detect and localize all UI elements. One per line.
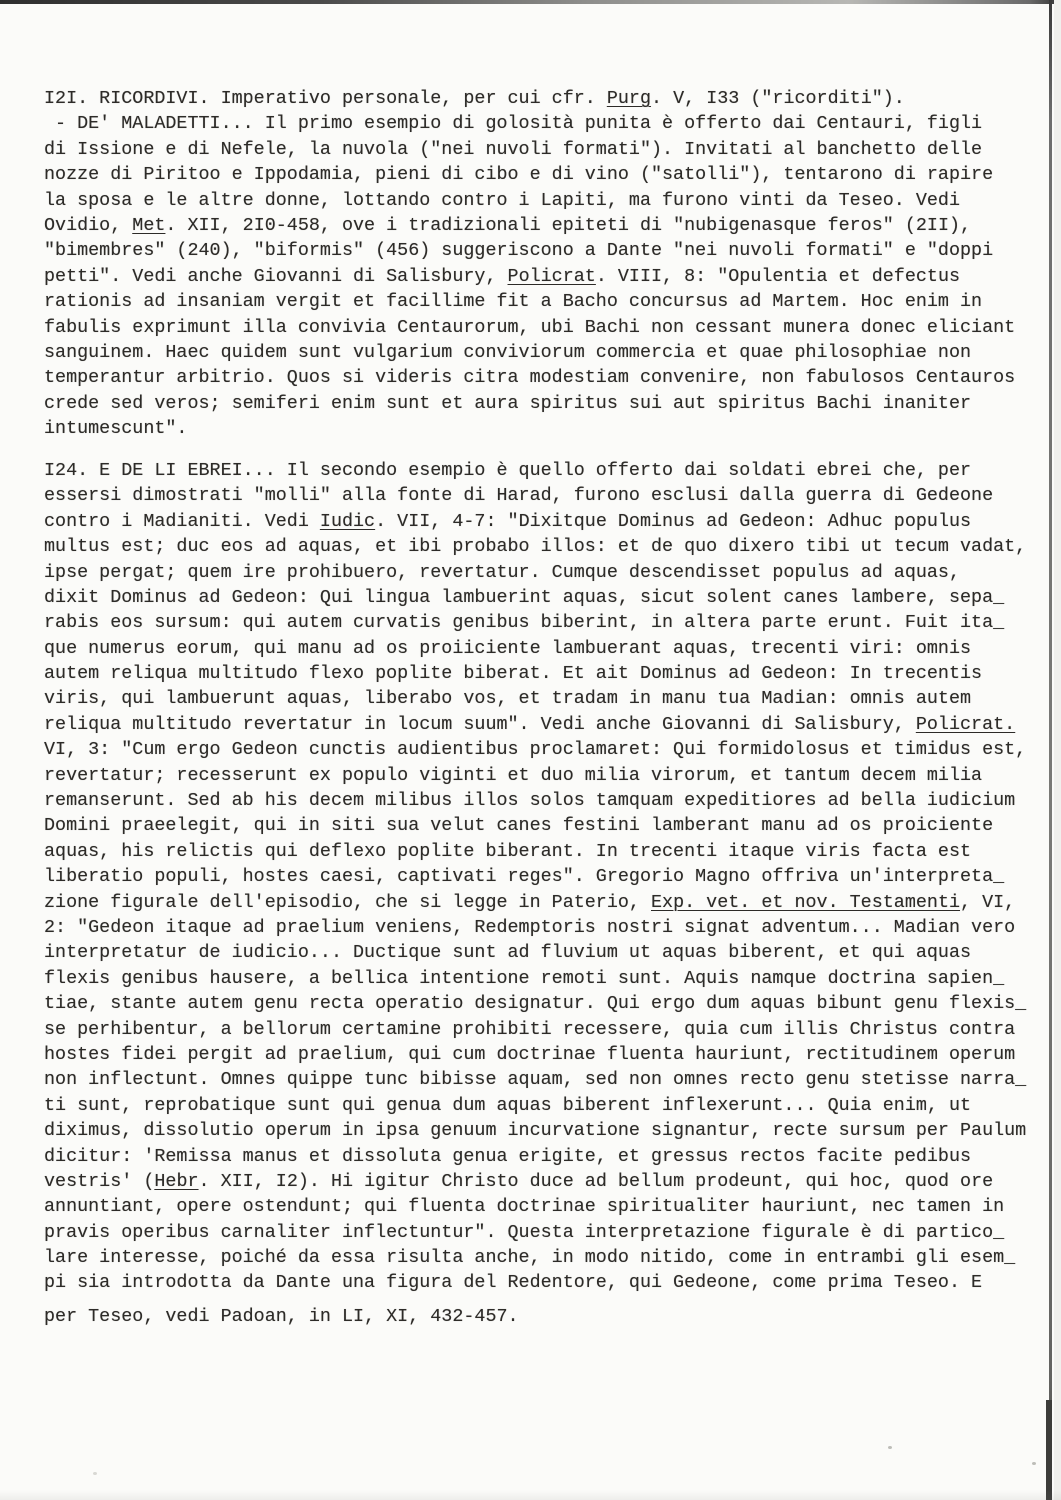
scan-right-margin-band: [1054, 0, 1061, 1500]
text-segment: . VII, 4-7: "Dixitque Dominus ad Gedeon:…: [375, 511, 971, 532]
text-segment: revertatur; recesserunt ex populo vigint…: [44, 765, 982, 786]
text-segment: intumescunt".: [44, 418, 187, 439]
text-segment: se perhibentur, a bellorum certamine pro…: [44, 1019, 1015, 1040]
text-segment: ti sunt, reprobatique sunt qui genua dum…: [44, 1095, 971, 1116]
text-segment: nozze di Piritoo e Ippodamia, pieni di c…: [44, 164, 993, 185]
text-line: I24. E DE LI EBREI... Il secondo esempio…: [44, 458, 1047, 483]
scan-speck: [93, 1472, 97, 1475]
scan-top-edge-artifact: [0, 0, 1061, 4]
underlined-citation: Hebr: [154, 1171, 198, 1192]
text-segment: viris, qui lambuerunt aquas, liberabo vo…: [44, 688, 971, 709]
text-segment: autem reliqua multitudo flexo poplite bi…: [44, 663, 982, 684]
text-line: multus est; duc eos ad aquas, et ibi pro…: [44, 534, 1047, 559]
text-line: hostes fidei pergit ad praelium, qui cum…: [44, 1042, 1047, 1067]
text-line: nozze di Piritoo e Ippodamia, pieni di c…: [44, 162, 1047, 187]
text-segment: dicitur: 'Remissa manus et dissoluta gen…: [44, 1146, 971, 1167]
underlined-citation: Purg: [607, 88, 651, 109]
text-line: rabis eos sursum: qui autem curvatis gen…: [44, 610, 1047, 635]
text-segment: annuntiant, opere ostendunt; qui fluenta…: [44, 1196, 1004, 1217]
text-segment: VI, 3: "Cum ergo Gedeon cunctis audienti…: [44, 739, 1026, 760]
text-line: remanserunt. Sed ab his decem milibus il…: [44, 788, 1047, 813]
text-line: lare interesse, poiché da essa risulta a…: [44, 1245, 1047, 1270]
document-body: I2I. RICORDIVI. Imperativo personale, pe…: [44, 86, 1047, 1329]
text-segment: . VIII, 8: "Opulentia et defectus: [596, 266, 960, 287]
text-segment: pi sia introdotta da Dante una figura de…: [44, 1272, 982, 1293]
text-segment: lare interesse, poiché da essa risulta a…: [44, 1247, 1015, 1268]
text-segment: Domini praeelegit, qui in siti sua velut…: [44, 815, 993, 836]
text-segment: Ovidio,: [44, 215, 132, 236]
text-line: pravis operibus carnaliter inflectuntur"…: [44, 1220, 1047, 1245]
text-segment: remanserunt. Sed ab his decem milibus il…: [44, 790, 1015, 811]
text-segment: - DE' MALADETTI... Il primo esempio di g…: [44, 113, 982, 134]
underlined-citation: Policrat: [508, 266, 596, 287]
scan-right-edge-line: [1049, 0, 1052, 1500]
text-line: que numerus eorum, qui manu ad os proiic…: [44, 636, 1047, 661]
text-segment: crede sed veros; semiferi enim sunt et a…: [44, 393, 971, 414]
text-line: autem reliqua multitudo flexo poplite bi…: [44, 661, 1047, 686]
text-line: aquas, his relictis qui deflexo poplite …: [44, 839, 1047, 864]
text-segment: vestris' (: [44, 1171, 154, 1192]
text-segment: zione figurale dell'episodio, che si leg…: [44, 892, 651, 913]
text-segment: que numerus eorum, qui manu ad os proiic…: [44, 638, 971, 659]
text-segment: contro i Madianiti. Vedi: [44, 511, 320, 532]
text-line: revertatur; recesserunt ex populo vigint…: [44, 763, 1047, 788]
text-line: rationis ad insaniam vergit et facillime…: [44, 289, 1047, 314]
text-line: temperantur arbitrio. Quos si videris ci…: [44, 365, 1047, 390]
text-line: Domini praeelegit, qui in siti sua velut…: [44, 813, 1047, 838]
text-line: ipse pergat; quem ire prohibuero, revert…: [44, 560, 1047, 585]
text-segment: liberatio populi, hostes caesi, captivat…: [44, 866, 1004, 887]
text-line: sanguinem. Haec quidem sunt vulgarium co…: [44, 340, 1047, 365]
scanned-page: I2I. RICORDIVI. Imperativo personale, pe…: [0, 0, 1061, 1500]
text-line: contro i Madianiti. Vedi Iudic. VII, 4-7…: [44, 509, 1047, 534]
text-line: pi sia introdotta da Dante una figura de…: [44, 1270, 1047, 1295]
text-line: vestris' (Hebr. XII, I2). Hi igitur Chri…: [44, 1169, 1047, 1194]
text-segment: . XII, 2I0-458, ove i tradizionali epite…: [165, 215, 971, 236]
text-segment: fabulis exprimunt illa convivia Centauro…: [44, 317, 1015, 338]
scan-speck: [1032, 1462, 1036, 1465]
text-segment: dixit Dominus ad Gedeon: Qui lingua lamb…: [44, 587, 1004, 608]
text-line: crede sed veros; semiferi enim sunt et a…: [44, 391, 1047, 416]
text-line: la sposa e le altre donne, lottando cont…: [44, 188, 1047, 213]
text-segment: multus est; duc eos ad aquas, et ibi pro…: [44, 536, 1026, 557]
text-line: ti sunt, reprobatique sunt qui genua dum…: [44, 1093, 1047, 1118]
text-line: fabulis exprimunt illa convivia Centauro…: [44, 315, 1047, 340]
text-segment: , VI,: [960, 892, 1015, 913]
text-line: liberatio populi, hostes caesi, captivat…: [44, 864, 1047, 889]
text-segment: tiae, stante autem genu recta operatio d…: [44, 993, 1026, 1014]
text-line: se perhibentur, a bellorum certamine pro…: [44, 1017, 1047, 1042]
text-segment: la sposa e le altre donne, lottando cont…: [44, 190, 960, 211]
text-line: di Issione e di Nefele, la nuvola ("nei …: [44, 137, 1047, 162]
text-line: intumescunt".: [44, 416, 1047, 441]
text-segment: I2I. RICORDIVI. Imperativo personale, pe…: [44, 88, 607, 109]
scan-right-edge-line-dark-segment: [1046, 1400, 1052, 1500]
text-segment: aquas, his relictis qui deflexo poplite …: [44, 841, 971, 862]
text-segment: I24. E DE LI EBREI... Il secondo esempio…: [44, 460, 971, 481]
text-segment: . V, I33 ("ricorditi").: [651, 88, 905, 109]
text-segment: essersi dimostrati "molli" alla fonte di…: [44, 485, 993, 506]
text-segment: 2: "Gedeon itaque ad praelium veniens, R…: [44, 917, 1015, 938]
text-segment: non inflectunt. Omnes quippe tunc bibiss…: [44, 1069, 1026, 1090]
text-line: interpretatur de iudicio... Ductique sun…: [44, 940, 1047, 965]
text-segment: pravis operibus carnaliter inflectuntur"…: [44, 1222, 1004, 1243]
text-segment: per Teseo, vedi Padoan, in LI, XI, 432-4…: [44, 1306, 519, 1327]
text-segment: sanguinem. Haec quidem sunt vulgarium co…: [44, 342, 971, 363]
text-line: annuntiant, opere ostendunt; qui fluenta…: [44, 1194, 1047, 1219]
text-line: tiae, stante autem genu recta operatio d…: [44, 991, 1047, 1016]
text-line: essersi dimostrati "molli" alla fonte di…: [44, 483, 1047, 508]
text-segment: . XII, I2). Hi igitur Christo duce ad be…: [199, 1171, 994, 1192]
text-line: 2: "Gedeon itaque ad praelium veniens, R…: [44, 915, 1047, 940]
underlined-citation: Iudic: [320, 511, 375, 532]
text-line: per Teseo, vedi Padoan, in LI, XI, 432-4…: [44, 1304, 1047, 1329]
text-segment: di Issione e di Nefele, la nuvola ("nei …: [44, 139, 982, 160]
text-line: - DE' MALADETTI... Il primo esempio di g…: [44, 111, 1047, 136]
text-segment: "bimembres" (240), "biformis" (456) sugg…: [44, 240, 993, 261]
text-line: viris, qui lambuerunt aquas, liberabo vo…: [44, 686, 1047, 711]
text-line: VI, 3: "Cum ergo Gedeon cunctis audienti…: [44, 737, 1047, 762]
text-segment: diximus, dissolutio operum in ipsa genuu…: [44, 1120, 1026, 1141]
scan-bottom-smudge: [0, 1490, 1061, 1500]
text-segment: rabis eos sursum: qui autem curvatis gen…: [44, 612, 1004, 633]
text-line: dixit Dominus ad Gedeon: Qui lingua lamb…: [44, 585, 1047, 610]
scan-speck: [888, 1446, 892, 1449]
text-segment: interpretatur de iudicio... Ductique sun…: [44, 942, 971, 963]
text-line: diximus, dissolutio operum in ipsa genuu…: [44, 1118, 1047, 1143]
underlined-citation: Policrat.: [916, 714, 1015, 735]
underlined-citation: Exp. vet. et nov. Testamenti: [651, 892, 960, 913]
text-segment: flexis genibus hausere, a bellica intent…: [44, 968, 1004, 989]
text-line: petti". Vedi anche Giovanni di Salisbury…: [44, 264, 1047, 289]
text-segment: ipse pergat; quem ire prohibuero, revert…: [44, 562, 960, 583]
text-segment: rationis ad insaniam vergit et facillime…: [44, 291, 982, 312]
text-line: Ovidio, Met. XII, 2I0-458, ove i tradizi…: [44, 213, 1047, 238]
text-segment: reliqua multitudo revertatur in locum su…: [44, 714, 916, 735]
text-line: non inflectunt. Omnes quippe tunc bibiss…: [44, 1067, 1047, 1092]
text-segment: petti". Vedi anche Giovanni di Salisbury…: [44, 266, 508, 287]
text-line: I2I. RICORDIVI. Imperativo personale, pe…: [44, 86, 1047, 111]
text-line: "bimembres" (240), "biformis" (456) sugg…: [44, 238, 1047, 263]
underlined-citation: Met: [132, 215, 165, 236]
text-segment: temperantur arbitrio. Quos si videris ci…: [44, 367, 1015, 388]
text-line: reliqua multitudo revertatur in locum su…: [44, 712, 1047, 737]
text-line: zione figurale dell'episodio, che si leg…: [44, 890, 1047, 915]
blank-line: [44, 441, 1047, 458]
text-line: dicitur: 'Remissa manus et dissoluta gen…: [44, 1144, 1047, 1169]
text-line: flexis genibus hausere, a bellica intent…: [44, 966, 1047, 991]
text-segment: hostes fidei pergit ad praelium, qui cum…: [44, 1044, 1015, 1065]
